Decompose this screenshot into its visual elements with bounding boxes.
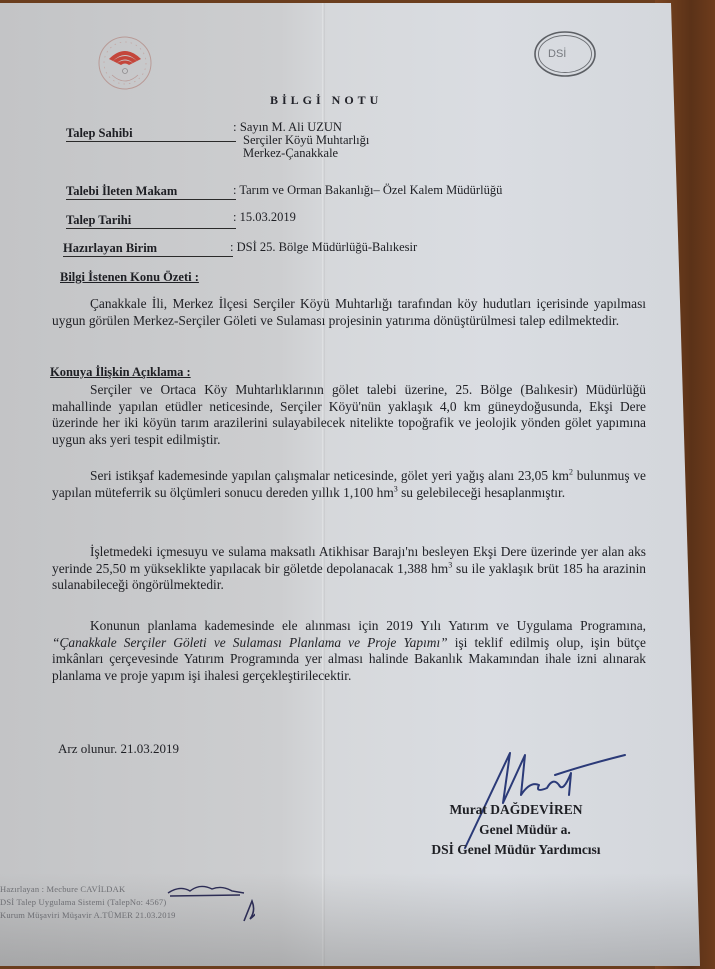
field-value-line: DSİ 25. Bölge Müdürlüğü-Balıkesir — [237, 240, 418, 254]
initials-signature-icon — [160, 881, 255, 931]
field-value-line: Serçiler Köyü Muhtarlığı — [233, 133, 369, 147]
field-value-talep-tarihi: : 15.03.2019 — [233, 211, 296, 224]
field-value-line: 15.03.2019 — [240, 210, 296, 224]
dsi-logo-icon: DSİ — [533, 30, 597, 78]
signatory-title: Genel Müdür a. — [386, 820, 646, 840]
closing-line: Arz olunur. 21.03.2019 — [58, 741, 179, 757]
footer-line: Kurum Müşaviri Müşavir A.TÜMER 21.03.201… — [0, 909, 176, 922]
signature-block: Murat DAĞDEVİREN Genel Müdür a. DSİ Gene… — [386, 800, 646, 860]
field-value-line: Sayın M. Ali UZUN — [240, 120, 342, 134]
field-value-talebi-ileten-makam: : Tarım ve Orman Bakanlığı– Özel Kalem M… — [233, 184, 502, 197]
field-value-talep-sahibi: : Sayın M. Ali UZUN Serçiler Köyü Muhtar… — [233, 120, 369, 160]
footer-routing: Hazırlayan : Mecbure CAVİLDAK DSİ Talep … — [0, 883, 176, 922]
signatory-name: Murat DAĞDEVİREN — [386, 800, 646, 820]
summary-paragraph: Çanakkale İli, Merkez İlçesi Serçiler Kö… — [52, 296, 646, 329]
field-label-talep-tarihi: Talep Tarihi — [66, 213, 236, 229]
explanation-heading: Konuya İlişkin Açıklama : — [50, 365, 191, 380]
summary-heading: Bilgi İstenen Konu Özeti : — [60, 270, 199, 285]
field-value-line: Merkez-Çanakkale — [233, 146, 338, 160]
explanation-paragraph-1: Serçiler ve Ortaca Köy Muhtarlıklarının … — [52, 382, 646, 448]
field-label-hazirlayan-birim: Hazırlayan Birim — [63, 241, 233, 257]
document-page: DSİ BİLGİ NOTU Talep Sahibi : Sayın M. A… — [0, 3, 700, 966]
footer-line: Hazırlayan : Mecbure CAVİLDAK — [0, 883, 176, 896]
field-label-talep-sahibi: Talep Sahibi — [66, 126, 236, 142]
field-label-talebi-ileten-makam: Talebi İleten Makam — [66, 184, 236, 200]
ministry-emblem-icon — [97, 35, 153, 91]
project-name: “Çanakkale Serçiler Göleti ve Sulaması P… — [52, 635, 448, 650]
explanation-paragraph-2: Seri istikşaf kademesinde yapılan çalışm… — [52, 468, 646, 501]
field-value-line: Tarım ve Orman Bakanlığı– Özel Kalem Müd… — [239, 183, 502, 197]
planning-paragraph: Konunun planlama kademesinde ele alınmas… — [52, 618, 646, 684]
dsi-logo-text: DSİ — [548, 47, 566, 60]
field-value-hazirlayan-birim: : DSİ 25. Bölge Müdürlüğü-Balıkesir — [230, 241, 417, 254]
signatory-position: DSİ Genel Müdür Yardımcısı — [386, 840, 646, 860]
document-title: BİLGİ NOTU — [270, 93, 382, 108]
planning-text: Konunun planlama kademesinde ele alınmas… — [90, 618, 646, 633]
footer-line: DSİ Talep Uygulama Sistemi (TalepNo: 456… — [0, 896, 176, 909]
explanation-paragraph-3: İşletmedeki içmesuyu ve sulama maksatlı … — [52, 544, 646, 594]
